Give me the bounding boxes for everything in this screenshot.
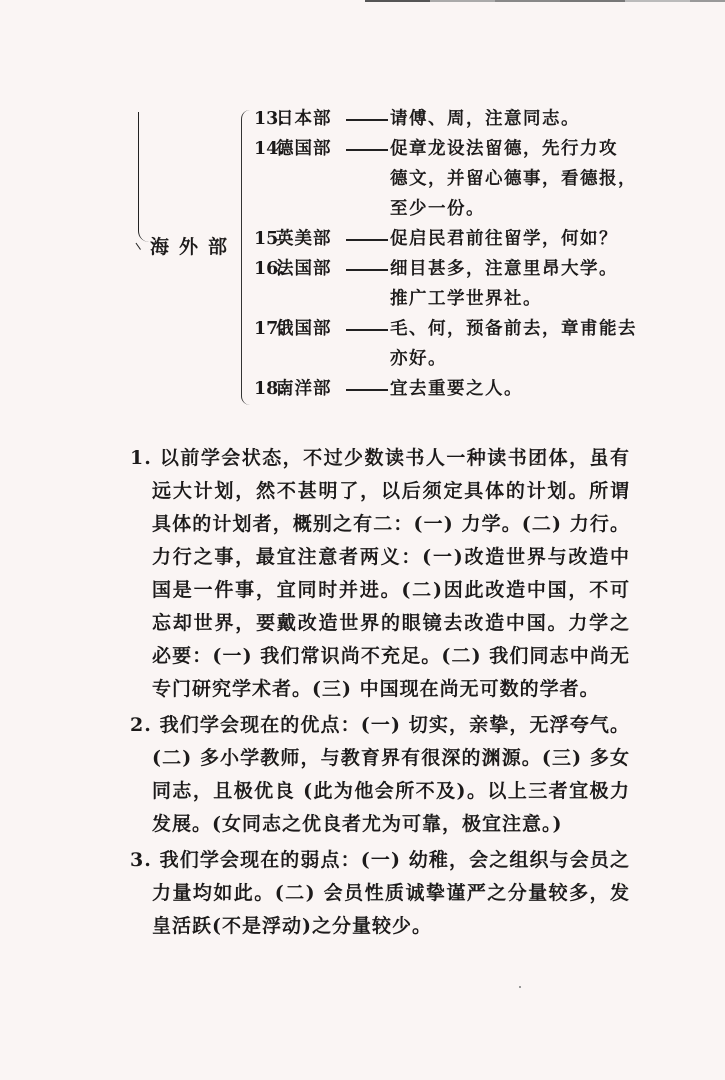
em-dash [344, 224, 390, 254]
top-rule [365, 0, 725, 2]
entry-text: 促章龙设法留德，先行力攻 德文，并留心德事，看德报， 至少一份。 [390, 134, 644, 224]
entry-15: 15. 英美部 促启民君前往留学，何如？ [254, 224, 644, 254]
entry-17: 17. 俄国部 毛、何，预备前去，章甫能去 亦好。 [254, 314, 644, 374]
entry-text: 宜去重要之人。 [390, 374, 644, 404]
entry-dept: 英美部 [276, 224, 344, 254]
group-label-overseas: 海外部 [150, 232, 237, 259]
overseas-entries: 13. 日本部 请傅、周，注意同志。 14. 德国部 促章龙设法留德，先行力攻 … [254, 104, 644, 404]
entry-text: 毛、何，预备前去，章甫能去 亦好。 [390, 314, 644, 374]
entry-14: 14. 德国部 促章龙设法留德，先行力攻 德文，并留心德事，看德报， 至少一份。 [254, 134, 644, 224]
em-dash [344, 134, 390, 224]
em-dash [344, 104, 390, 134]
entry-number: 16. [254, 254, 276, 314]
entry-number: 14. [254, 134, 276, 224]
em-dash [344, 374, 390, 404]
em-dash [344, 254, 390, 314]
entry-dept: 法国部 [276, 254, 344, 314]
entry-dept: 南洋部 [276, 374, 344, 404]
em-dash [344, 314, 390, 374]
entry-number: 17. [254, 314, 276, 374]
entry-text: 请傅、周，注意同志。 [390, 104, 644, 134]
entry-number: 18. [254, 374, 276, 404]
speck [519, 986, 521, 988]
point-1: 1. 以前学会状态，不过少数读书人一种读书团体，虽有远大计划，然不甚明了，以后须… [130, 442, 630, 706]
point-3: 3. 我们学会现在的弱点：(一) 幼稚，会之组织与会员之力量均如此。(二) 会员… [130, 844, 630, 943]
entry-dept: 日本部 [276, 104, 344, 134]
entry-18: 18. 南洋部 宜去重要之人。 [254, 374, 644, 404]
numbered-points: 1. 以前学会状态，不过少数读书人一种读书团体，虽有远大计划，然不甚明了，以后须… [130, 442, 630, 946]
point-2: 2. 我们学会现在的优点：(一) 切实，亲挚，无浮夸气。(二) 多小学教师，与教… [130, 709, 630, 841]
entry-text: 促启民君前往留学，何如？ [390, 224, 644, 254]
inner-brace [241, 110, 250, 405]
entry-13: 13. 日本部 请傅、周，注意同志。 [254, 104, 644, 134]
entry-16: 16. 法国部 细目甚多，注意里昂大学。 推广工学世界社。 [254, 254, 644, 314]
entry-dept: 俄国部 [276, 314, 344, 374]
entry-number: 13. [254, 104, 276, 134]
entry-number: 15. [254, 224, 276, 254]
entry-text: 细目甚多，注意里昂大学。 推广工学世界社。 [390, 254, 644, 314]
entry-dept: 德国部 [276, 134, 344, 224]
outer-bracket [138, 112, 149, 242]
